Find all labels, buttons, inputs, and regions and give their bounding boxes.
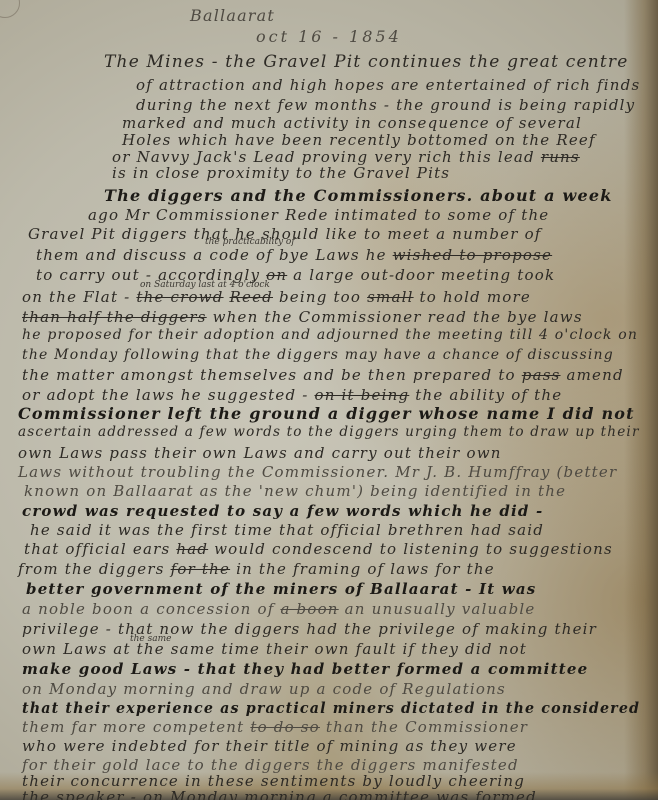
manuscript-line: them and discuss a code of bye Laws he w… [36, 246, 552, 264]
manuscript-line: who were indebted for their title of min… [22, 737, 517, 755]
place-heading: Ballaarat [190, 6, 275, 25]
manuscript-line: The Mines - the Gravel Pit continues the… [104, 52, 628, 72]
struck-text: for the [171, 560, 231, 578]
manuscript-line: privilege - that now the diggers had the… [22, 620, 597, 638]
paper-stain-right-edge [624, 0, 658, 800]
manuscript-line: own Laws at the same time their own faul… [22, 640, 527, 658]
manuscript-line: Holes which have been recently bottomed … [122, 131, 596, 149]
manuscript-line: from the diggers for the in the framing … [18, 560, 495, 578]
manuscript-line: the Monday following that the diggers ma… [22, 347, 614, 363]
manuscript-line: than half the diggers when the Commissio… [22, 308, 583, 326]
manuscript-line: during the next few months - the ground … [136, 96, 635, 114]
manuscript-line: Laws without troubling the Commissioner.… [18, 463, 617, 481]
manuscript-line: to carry out - accordingly on a large ou… [36, 266, 555, 284]
manuscript-line: marked and much activity in consequence … [122, 114, 582, 132]
manuscript-line: a noble boon a concession of a boon an u… [22, 600, 535, 618]
struck-text: wished to propose [393, 246, 552, 264]
manuscript-line: he said it was the first time that offic… [30, 521, 544, 539]
struck-text: to do so [250, 718, 320, 736]
manuscript-line: ascertain addressed a few words to the d… [18, 424, 640, 440]
struck-text: Reed [230, 288, 273, 306]
manuscript-line: own Laws pass their own Laws and carry o… [18, 444, 502, 462]
manuscript-line: crowd was requested to say a few words w… [22, 502, 543, 520]
manuscript-line: make good Laws - that they had better fo… [22, 660, 588, 678]
manuscript-line: the matter amongst themselves and be the… [22, 366, 624, 384]
struck-text: small [367, 288, 413, 306]
section-heading: The diggers and the Commissioners. about… [104, 186, 613, 205]
manuscript-line: that official ears had would condescend … [24, 540, 613, 558]
manuscript-line: them far more competent to do so than th… [22, 718, 528, 736]
manuscript-line: of attraction and high hopes are enterta… [136, 76, 640, 94]
struck-text: runs [541, 148, 580, 166]
struck-text: had [176, 540, 208, 558]
date-heading: oct 16 - 1854 [256, 27, 402, 46]
manuscript-page: Ballaarat oct 16 - 1854 The Mines - the … [0, 0, 658, 800]
manuscript-line: Commissioner left the ground a digger wh… [18, 404, 635, 423]
manuscript-line: he proposed for their adoption and adjou… [22, 327, 638, 343]
manuscript-line: or adopt the laws he suggested - on it b… [22, 386, 562, 404]
manuscript-line: on Monday morning and draw up a code of … [22, 680, 506, 698]
manuscript-line: the speaker - on Monday morning a commit… [22, 788, 537, 800]
struck-text: on it being [314, 386, 409, 404]
manuscript-line: better government of the miners of Balla… [26, 580, 536, 598]
manuscript-line: on the Flat - the crowd Reed being too s… [22, 288, 531, 306]
manuscript-line: ago Mr Commissioner Rede intimated to so… [88, 206, 549, 224]
struck-text: the crowd [136, 288, 223, 306]
struck-text: a boon [280, 600, 338, 618]
manuscript-line: that their experience as practical miner… [22, 699, 640, 717]
manuscript-line: is in close proximity to the Gravel Pits [112, 164, 450, 182]
struck-text: pass [522, 366, 561, 384]
manuscript-line: known on Ballaarat as the 'new chum') be… [24, 482, 566, 500]
struck-text: than half the diggers [22, 308, 207, 326]
page-corner-mark [0, 0, 20, 18]
